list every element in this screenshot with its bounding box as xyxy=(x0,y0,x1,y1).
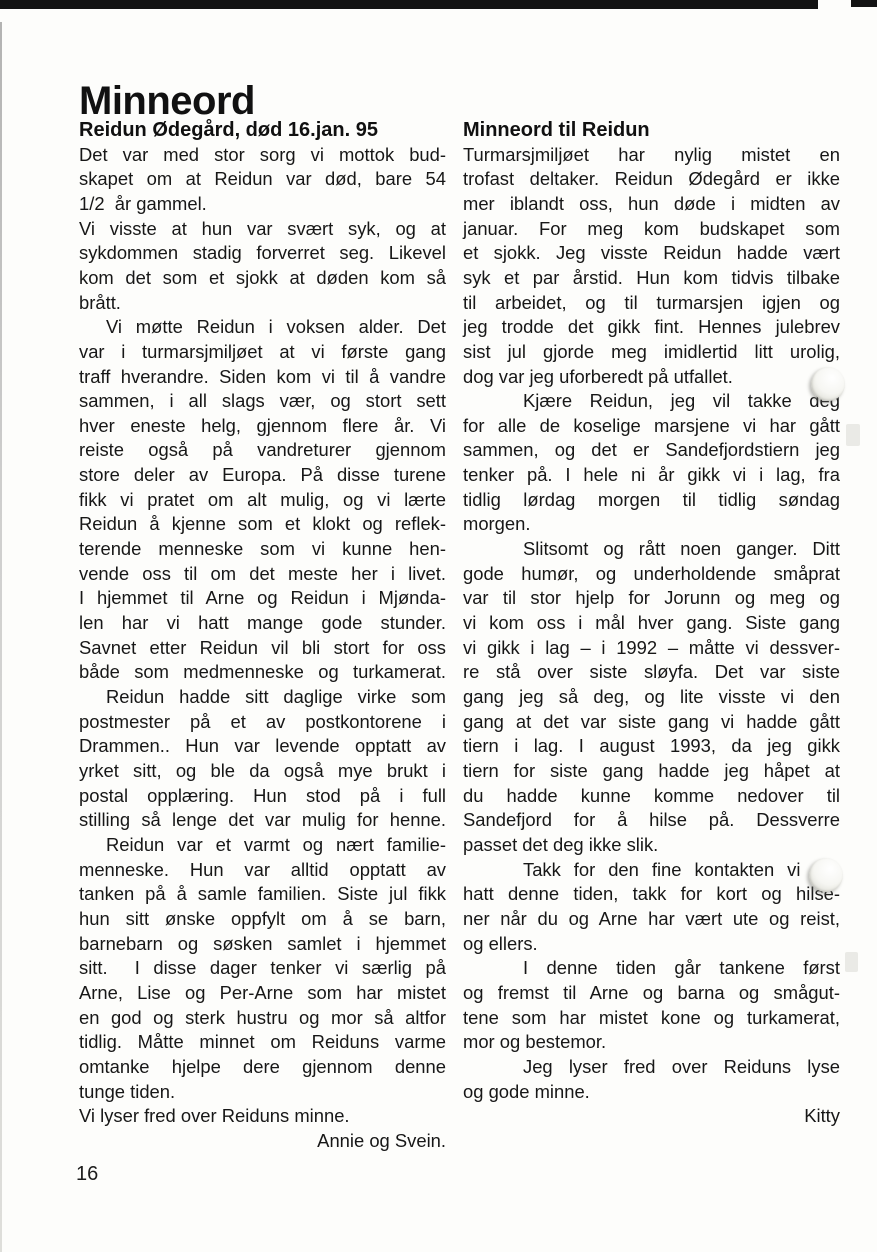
text-line: store deler av Europa. På disse turene xyxy=(79,463,446,488)
text-line: Vi visste at hun var svært syk, og at xyxy=(79,217,446,242)
text-line: dog var jeg uforberedt på utfallet. xyxy=(463,365,840,390)
text-line: mor og bestemor. xyxy=(463,1030,840,1055)
text-line: hatt denne tiden, takk for kort og hilse… xyxy=(463,882,840,907)
text-line: Takk for den fine kontakten vi har xyxy=(463,858,840,883)
text-line: Turmarsjmiljøet har nylig mistet en xyxy=(463,143,840,168)
text-line: passet det deg ikke slik. xyxy=(463,833,840,858)
text-line: postal opplæring. Hun stod på i full xyxy=(79,784,446,809)
text-line: tidlig lørdag morgen til tidlig søndag xyxy=(463,488,840,513)
right-column-body: Turmarsjmiljøet har nylig mistet entrofa… xyxy=(463,143,840,1129)
text-line: tanken på å samle familien. Siste jul fi… xyxy=(79,882,446,907)
text-line: vi kom oss i mål hver gang. Siste gang xyxy=(463,611,840,636)
text-line: Reidun var et varmt og nært familie- xyxy=(79,833,446,858)
text-line: gang at det var siste gang vi hadde gått xyxy=(463,710,840,735)
text-line: var i turmarsjmiljøet at vi første gang xyxy=(79,340,446,365)
text-line: Arne, Lise og Per-Arne som har mistet xyxy=(79,981,446,1006)
text-line: hun sitt ønske oppfylt om å se barn, xyxy=(79,907,446,932)
text-line: og fremst til Arne og barna og smågut- xyxy=(463,981,840,1006)
text-line: I denne tiden går tankene først xyxy=(463,956,840,981)
text-line: Annie og Svein. xyxy=(79,1129,446,1154)
text-line: fikk vi pratet om alt mulig, og vi lærte xyxy=(79,488,446,513)
text-line: gode humør, og underholdende småprat xyxy=(463,562,840,587)
text-line: brått. xyxy=(79,291,446,316)
text-line: menneske. Hun var alltid opptatt av xyxy=(79,858,446,883)
text-line: Vi møtte Reidun i voksen alder. Det xyxy=(79,315,446,340)
text-line: Reidun hadde sitt daglige virke som xyxy=(79,685,446,710)
page-number: 16 xyxy=(76,1163,98,1186)
left-column-heading: Reidun Ødegård, død 16.jan. 95 xyxy=(79,118,446,143)
scan-smudge xyxy=(845,952,858,972)
right-column: Minneord til Reidun Turmarsjmiljøet har … xyxy=(463,118,840,1154)
text-line: barnebarn og søsken samlet i hjemmet xyxy=(79,932,446,957)
scan-smudge xyxy=(846,424,860,446)
text-line: gang jeg så deg, og lite visste vi den xyxy=(463,685,840,710)
text-line: sitt. I disse dager tenker vi særlig på xyxy=(79,956,446,981)
text-line: omtanke hjelpe dere gjennom denne xyxy=(79,1055,446,1080)
two-column-layout: Reidun Ødegård, død 16.jan. 95 Det var m… xyxy=(79,118,840,1154)
text-line: Kjære Reidun, jeg vil takke deg xyxy=(463,389,840,414)
text-line: skapet om at Reidun var død, bare 54 xyxy=(79,167,446,192)
text-line: terende menneske som vi kunne hen- xyxy=(79,537,446,562)
text-line: syk et par årstid. Hun kom tidvis tilbak… xyxy=(463,266,840,291)
text-line: len har vi hatt mange gode stunder. xyxy=(79,611,446,636)
page-content: Minneord Reidun Ødegård, død 16.jan. 95 … xyxy=(0,0,877,1252)
left-column-body: Det var med stor sorg vi mottok bud-skap… xyxy=(79,143,446,1154)
text-line: og ellers. xyxy=(463,932,840,957)
punch-hole-icon xyxy=(811,367,845,401)
text-line: sammen, og det er Sandefjordstiern jeg xyxy=(463,438,840,463)
text-line: tiern for siste gang hadde jeg håpet at xyxy=(463,759,840,784)
scanned-page: { "doc": { "title": "Minneord", "page_nu… xyxy=(0,0,877,1252)
text-line: et sjokk. Jeg visste Reidun hadde vært xyxy=(463,241,840,266)
text-line: re stå over siste sløyfa. Det var siste xyxy=(463,660,840,685)
text-line: sammen, i all slags vær, og stort sett xyxy=(79,389,446,414)
text-line: Vi lyser fred over Reiduns minne. xyxy=(79,1104,446,1129)
text-line: Savnet etter Reidun vil bli stort for os… xyxy=(79,636,446,661)
text-line: Drammen.. Hun var levende opptatt av xyxy=(79,734,446,759)
text-line: reiste også på vandreturer gjennom xyxy=(79,438,446,463)
text-line: tene som har mistet kone og turkamerat, xyxy=(463,1006,840,1031)
text-line: Sandefjord for å hilse på. Dessverre xyxy=(463,808,840,833)
text-line: yrket sitt, og ble da også mye brukt i xyxy=(79,759,446,784)
text-line: vi gikk i lag – i 1992 – måtte vi dessve… xyxy=(463,636,840,661)
text-line: kom det som et sjokk at døden kom så xyxy=(79,266,446,291)
left-column: Reidun Ødegård, død 16.jan. 95 Det var m… xyxy=(79,118,446,1154)
text-line: sykdommen stadig forverret seg. Likevel xyxy=(79,241,446,266)
text-line: tiern i lag. I august 1993, da jeg gikk xyxy=(463,734,840,759)
text-line: 1/2 år gammel. xyxy=(79,192,446,217)
text-line: og gode minne. xyxy=(463,1080,840,1105)
text-line: mer iblandt oss, hun døde i midten av xyxy=(463,192,840,217)
text-line: Slitsomt og rått noen ganger. Ditt xyxy=(463,537,840,562)
text-line: var til stor hjelp for Jorunn og meg og xyxy=(463,586,840,611)
text-line: Kitty xyxy=(463,1104,840,1129)
punch-hole-icon xyxy=(809,858,843,892)
text-line: I hjemmet til Arne og Reidun i Mjønda- xyxy=(79,586,446,611)
text-line: en god og sterk hustru og mor så altfor xyxy=(79,1006,446,1031)
text-line: til arbeidet, og til turmarsjen igjen og xyxy=(463,291,840,316)
text-line: hver eneste helg, gjennom flere år. Vi xyxy=(79,414,446,439)
text-line: Det var med stor sorg vi mottok bud- xyxy=(79,143,446,168)
text-line: morgen. xyxy=(463,512,840,537)
text-line: ner når du og Arne har vært ute og reist… xyxy=(463,907,840,932)
text-line: tidlig. Måtte minnet om Reiduns varme xyxy=(79,1030,446,1055)
text-line: både som medmenneske og turkamerat. xyxy=(79,660,446,685)
text-line: trofast deltaker. Reidun Ødegård er ikke xyxy=(463,167,840,192)
text-line: du hadde kunne komme nedover til xyxy=(463,784,840,809)
text-line: Reidun å kjenne som et klokt og reflek- xyxy=(79,512,446,537)
text-line: Jeg lyser fred over Reiduns lyse xyxy=(463,1055,840,1080)
text-line: tunge tiden. xyxy=(79,1080,446,1105)
right-column-heading: Minneord til Reidun xyxy=(463,118,840,143)
text-line: stilling så lenge det var mulig for henn… xyxy=(79,808,446,833)
text-line: for alle de koselige marsjene vi har gåt… xyxy=(463,414,840,439)
text-line: sist jul gjorde meg imidlertid litt urol… xyxy=(463,340,840,365)
text-line: jeg trodde det gikk fint. Hennes julebre… xyxy=(463,315,840,340)
text-line: postmester på et av postkontorene i xyxy=(79,710,446,735)
text-line: traff hverandre. Siden kom vi til å vand… xyxy=(79,365,446,390)
text-line: tenker på. I hele ni år gikk vi i lag, f… xyxy=(463,463,840,488)
text-line: vende oss til om det meste her i livet. xyxy=(79,562,446,587)
text-line: januar. For meg kom budskapet som xyxy=(463,217,840,242)
